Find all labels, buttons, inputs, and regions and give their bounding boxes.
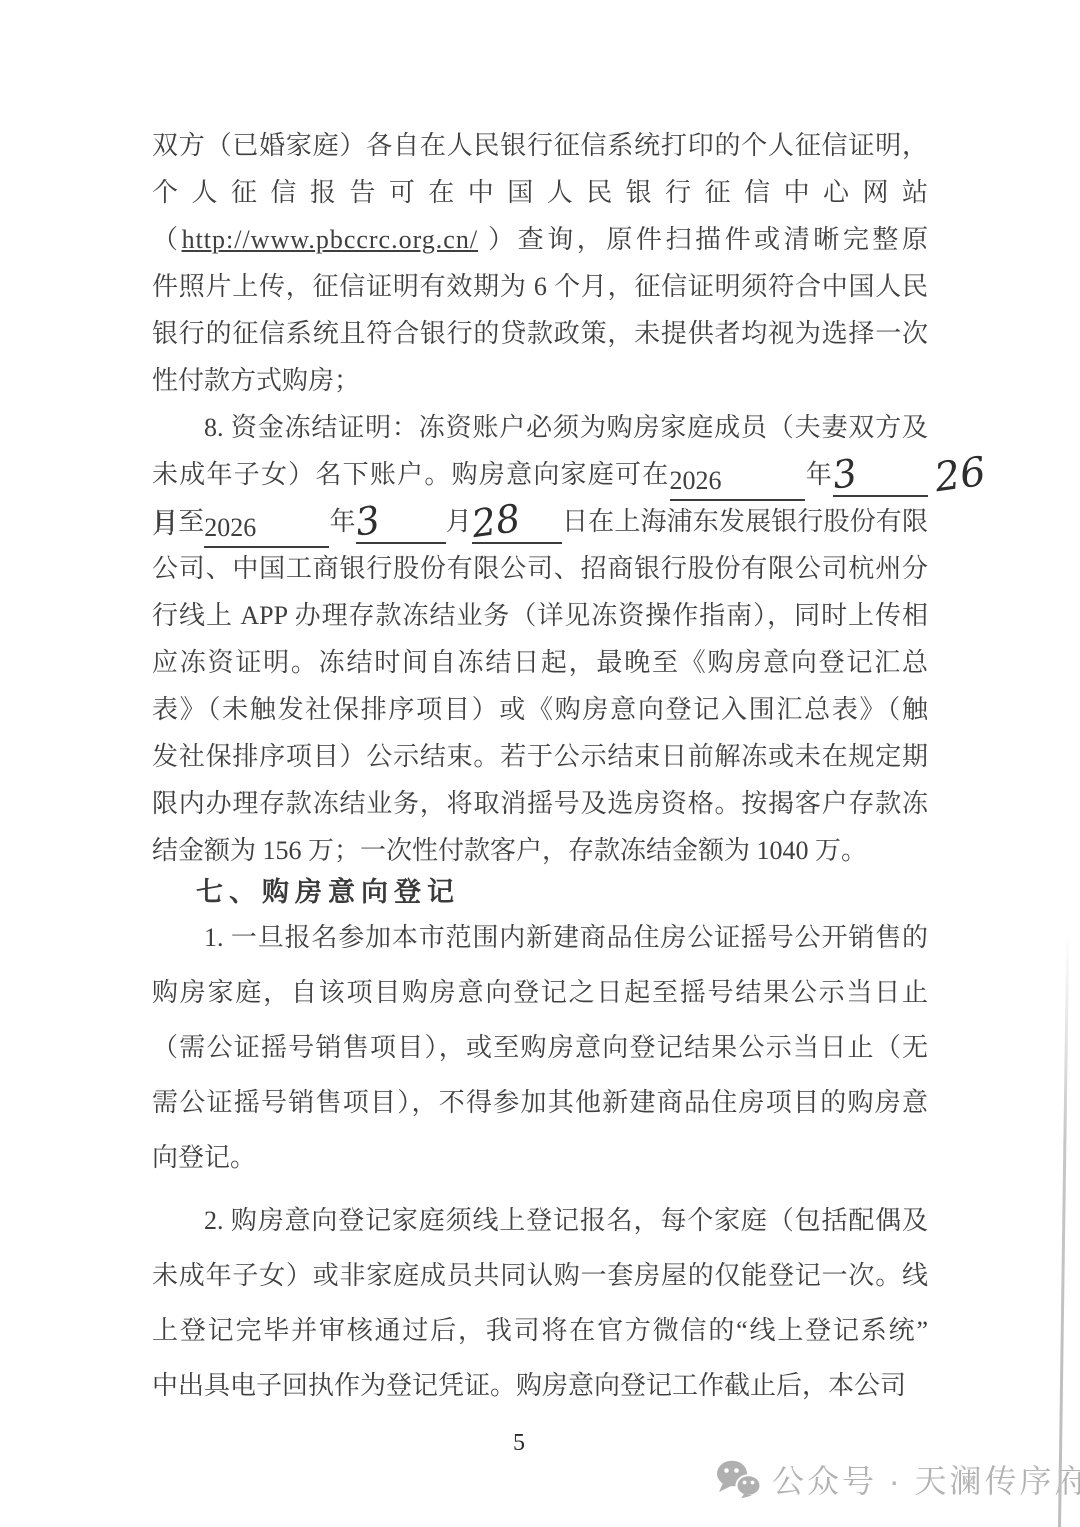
text-line: 个人征信报告可在中国人民银行征信中心网站 [152,169,928,216]
handwritten-day: 26 [932,452,988,499]
handwritten-day: 28 [469,499,522,543]
text-line: 双方（已婚家庭）各自在人民银行征信系统打印的个人征信证明， [152,122,928,169]
wechat-watermark: 公众号 · 天澜传序府 [716,1456,1080,1502]
document-page: 双方（已婚家庭）各自在人民银行征信系统打印的个人征信证明， 个人征信报告可在中国… [0,0,1080,1527]
day-field: 28 [472,504,562,544]
date-suffix: 日在上海浦东发展银行股份有限 [562,507,928,536]
text-line: 性付款方式购房； [152,357,928,404]
text-line: 需公证摇号销售项目），不得参加其他新建商品住房项目的购房意 [152,1075,928,1130]
credit-paragraph: 双方（已婚家庭）各自在人民银行征信系统打印的个人征信证明， 个人征信报告可在中国… [152,122,928,404]
text-line: 发社保排序项目）公示结束。若于公示结束日前解冻或未在规定期 [152,733,928,780]
text-after-url: ）查询，原件扫描件或清晰完整原 [478,225,928,254]
section-7-heading: 七、购房意向登记 [152,874,928,910]
text-line: （需公证摇号销售项目），或至购房意向登记结果公示当日止（无 [152,1020,928,1075]
text-line: 应冻资证明。冻结时间自冻结日起，最晚至《购房意向登记汇总 [152,639,928,686]
document-body: 双方（已婚家庭）各自在人民银行征信系统打印的个人征信证明， 个人征信报告可在中国… [152,122,928,1413]
year-value: 2026 [204,513,256,542]
text-line: 银行的征信系统且符合银行的贷款政策，未提供者均视为选择一次 [152,310,928,357]
text-line: 中出具电子回执作为登记凭证。购房意向登记工作截止后，本公司 [152,1358,928,1413]
month-label: 月 [446,507,472,536]
year-field: 2026 [670,461,805,501]
text-line: 未成年子女）或非家庭成员共同认购一套房屋的仅能登记一次。线 [152,1248,928,1303]
page-number: 5 [459,1430,579,1457]
wechat-icon [716,1460,762,1498]
month-field: 3 [833,457,928,497]
month-field: 3 [356,504,446,544]
year-label: 年 [805,460,833,489]
text-line: 结金额为 156 万；一次性付款客户，存款冻结金额为 1040 万。 [152,827,928,874]
text-line-url: （http://www.pbccrc.org.cn/ ）查询，原件扫描件或清晰完… [152,216,928,263]
paren-open: （ [152,225,182,254]
date-prefix: 未成年子女）名下账户。购房意向家庭可在 [152,460,670,489]
text-line: 购房家庭，自该项目购房意向登记之日起至摇号结果公示当日止 [152,965,928,1020]
text-line-item1: 1. 一旦报名参加本市范围内新建商品住房公证摇号公开销售的 [152,910,928,965]
text-line: 件照片上传，征信证明有效期为 6 个月，征信证明须符合中国人民 [152,263,928,310]
year-label: 年 [329,507,355,536]
pbccrc-url: http://www.pbccrc.org.cn/ [182,225,479,254]
item1-paragraph: 1. 一旦报名参加本市范围内新建商品住房公证摇号公开销售的 购房家庭，自该项目购… [152,910,928,1185]
freeze-paragraph: 8. 资金冻结证明：冻资账户必须为购房家庭成员（夫妻双方及 未成年子女）名下账户… [152,404,928,874]
date-line-end: 日至2026年3月28日在上海浦东发展银行股份有限 [152,498,928,545]
text-line: 行线上 APP 办理存款冻结业务（详见冻资操作指南），同时上传相 [152,592,928,639]
date-prefix: 日至 [152,507,204,536]
text-line-item2: 2. 购房意向登记家庭须线上登记报名，每个家庭（包括配偶及 [152,1193,928,1248]
handwritten-month: 3 [353,501,382,542]
year-value: 2026 [670,466,722,495]
year-field: 2026 [204,508,329,548]
text-line-item8: 8. 资金冻结证明：冻资账户必须为购房家庭成员（夫妻双方及 [152,404,928,451]
text-line: 公司、中国工商银行股份有限公司、招商银行股份有限公司杭州分 [152,545,928,592]
text-line: 向登记。 [152,1130,928,1185]
watermark-label: 公众号 · 天澜传序府 [772,1456,1080,1502]
handwritten-month: 3 [830,454,859,495]
date-line-start: 未成年子女）名下账户。购房意向家庭可在2026年3月26 [152,451,928,498]
scan-edge-line [1058,935,1069,1527]
text-line: 表》（未触发社保排序项目）或《购房意向登记入围汇总表》（触 [152,686,928,733]
item2-paragraph: 2. 购房意向登记家庭须线上登记报名，每个家庭（包括配偶及 未成年子女）或非家庭… [152,1193,928,1413]
text-line: 限内办理存款冻结业务，将取消摇号及选房资格。按揭客户存款冻 [152,780,928,827]
text-line: 上登记完毕并审核通过后，我司将在官方微信的“线上登记系统” [152,1303,928,1358]
